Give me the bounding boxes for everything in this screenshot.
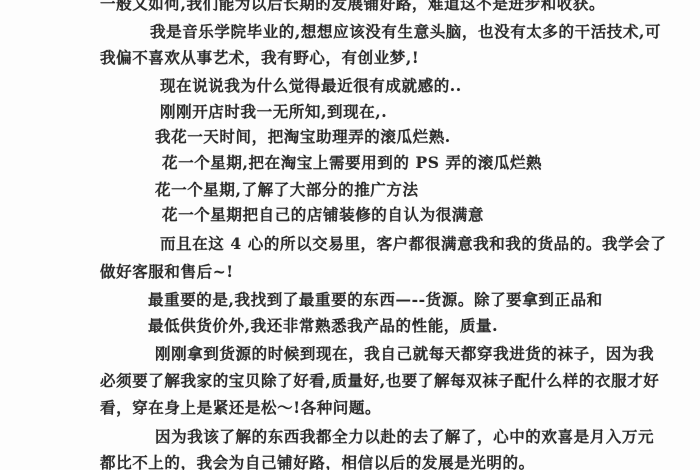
text-line: 而且在这 4 心的所以交易里，客户都很满意我和我的货品的。我学会了: [160, 234, 666, 254]
text-line: 我花一天时间，把淘宝助理弄的滚瓜烂熟.: [155, 127, 451, 147]
document-page: 一般又如何,我们能为以后长期的发展铺好路，难道这不是进步和收获。 我是音乐学院毕…: [0, 0, 700, 470]
text-line: 花一个星期,把在淘宝上需要用到的 PS 弄的滚瓜烂熟: [162, 153, 542, 173]
text-line: 做好客服和售后~!: [100, 262, 234, 282]
text-line: 我是音乐学院毕业的,想想应该没有生意头脑，也没有太多的干活技术,可: [150, 22, 661, 42]
text-line: 必须要了解我家的宝贝除了好看,质量好,也要了解每双袜子配什么样的衣服才好: [100, 371, 659, 391]
text-line: 一般又如何,我们能为以后长期的发展铺好路，难道这不是进步和收获。: [100, 0, 605, 14]
text-line: 因为我该了解的东西我都全力以赴的去了解了，心中的欢喜是月入万元: [155, 427, 654, 447]
text-line: 花一个星期把自己的店铺装修的自认为很满意: [162, 205, 484, 225]
text-line: 刚刚开店时我一无所知,到现在,.: [160, 102, 387, 122]
text-line: 都比不上的，我会为自己铺好路，相信以后的发展是光明的。: [100, 453, 535, 470]
text-line: 我偏不喜欢从事艺术，我有野心，有创业梦,!: [100, 48, 419, 68]
text-line: 刚刚拿到货源的时候到现在，我自己就每天都穿我进货的袜子，因为我: [155, 344, 654, 364]
text-line: 现在说说我为什么觉得最近很有成就感的..: [160, 76, 462, 96]
text-line: 最重要的是,我找到了最重要的东西—--货源。除了要拿到正品和: [148, 290, 603, 310]
text-line: 花一个星期,了解了大部分的推广方法: [155, 180, 419, 200]
text-line: 最低供货价外,我还非常熟悉我产品的性能，质量.: [148, 316, 498, 336]
text-line: 看，穿在身上是紧还是松～!各种问题。: [100, 398, 381, 418]
